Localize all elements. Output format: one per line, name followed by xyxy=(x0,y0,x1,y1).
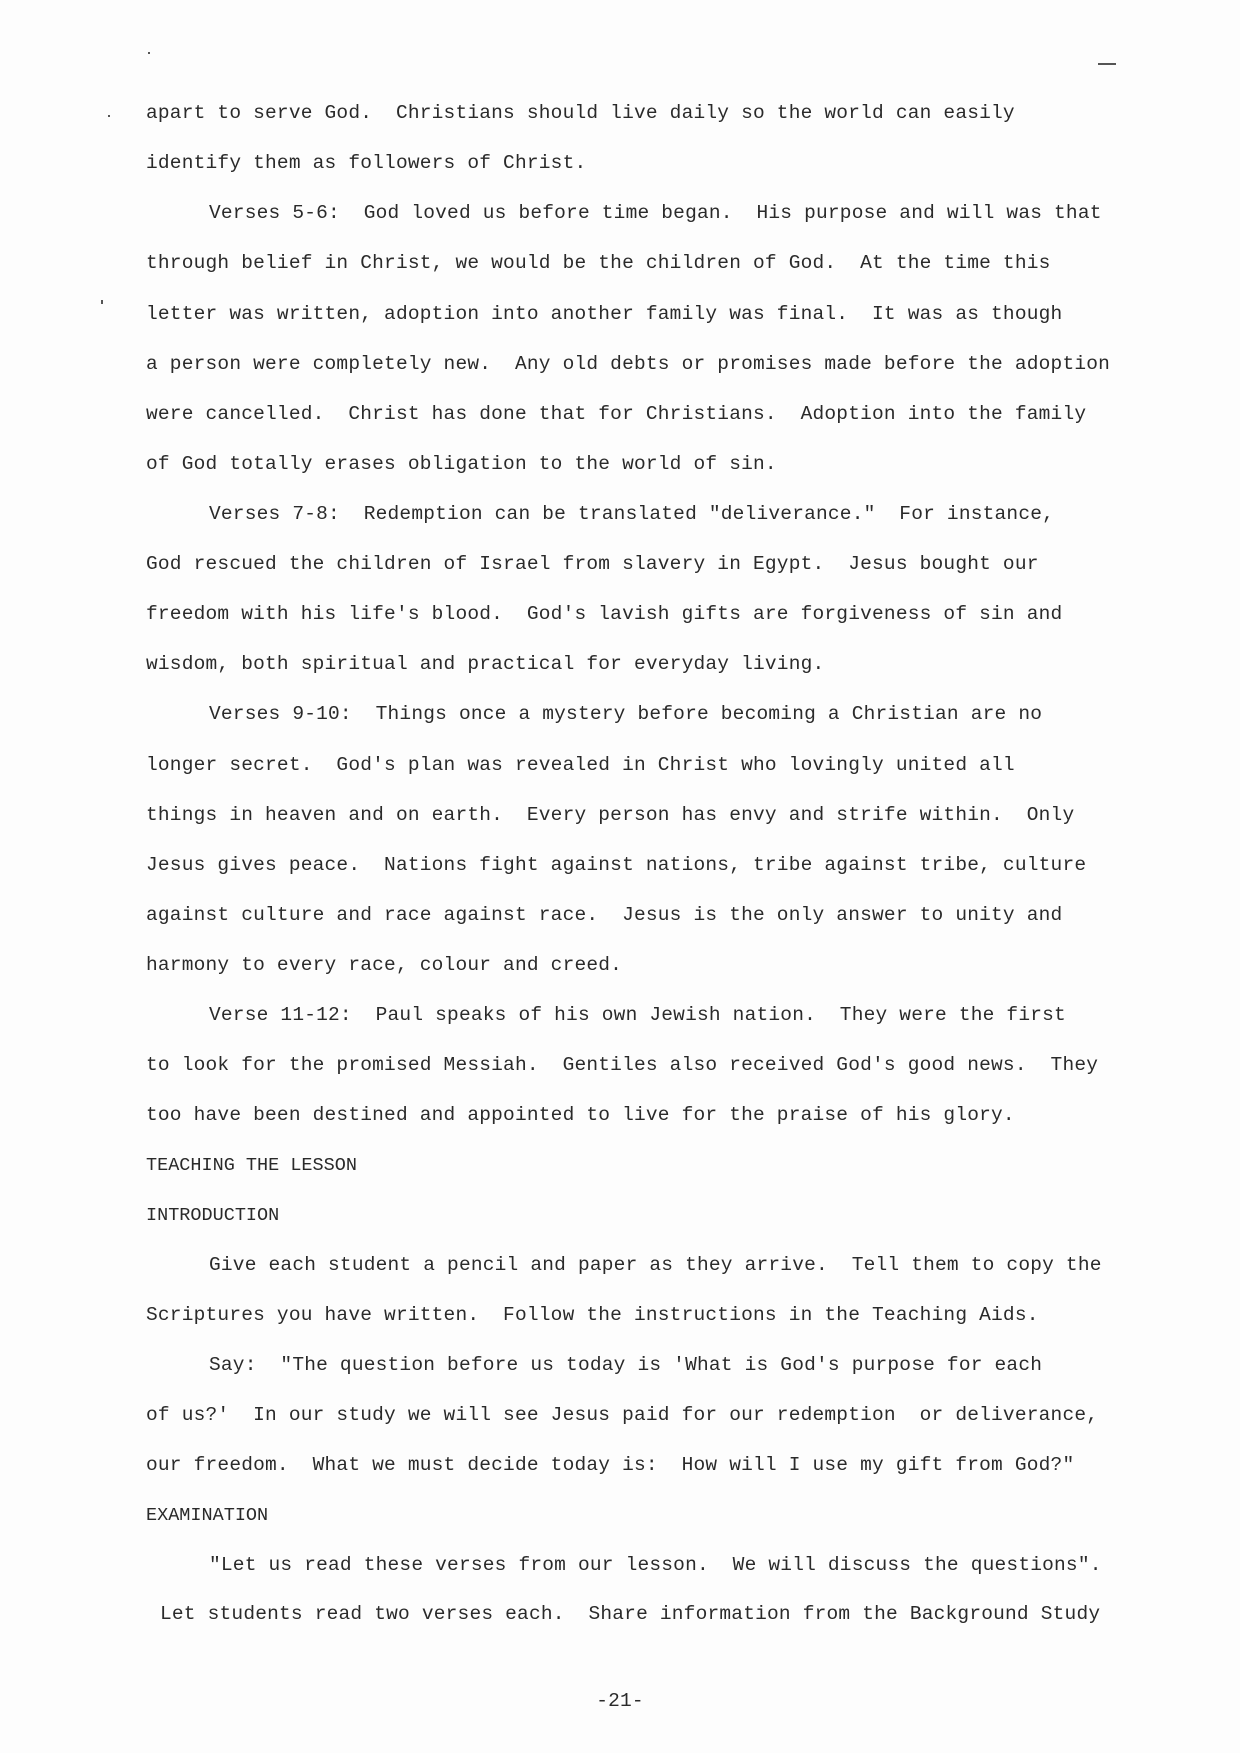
page-number: -21- xyxy=(0,1690,1240,1712)
text-line: letter was written, adoption into anothe… xyxy=(146,305,1062,325)
text-line: Verses 9-10: Things once a mystery befor… xyxy=(209,705,1042,725)
scan-speck xyxy=(148,52,150,54)
text-line: against culture and race against race. J… xyxy=(146,906,1062,926)
text-line: of us?' In our study we will see Jesus p… xyxy=(146,1406,1098,1426)
section-heading: EXAMINATION xyxy=(146,1507,268,1526)
text-line: too have been destined and appointed to … xyxy=(146,1106,1015,1126)
text-line: freedom with his life's blood. God's lav… xyxy=(146,605,1062,625)
text-line: things in heaven and on earth. Every per… xyxy=(146,806,1074,826)
text-line: Verse 11-12: Paul speaks of his own Jewi… xyxy=(209,1006,1066,1026)
text-line: "Let us read these verses from our lesso… xyxy=(209,1556,1102,1576)
text-line: apart to serve God. Christians should li… xyxy=(146,104,1015,124)
text-line: longer secret. God's plan was revealed i… xyxy=(146,756,1015,776)
text-line: wisdom, both spiritual and practical for… xyxy=(146,655,824,675)
text-line: God rescued the children of Israel from … xyxy=(146,555,1039,575)
text-line: of God totally erases obligation to the … xyxy=(146,455,777,475)
text-line: Verses 5-6: God loved us before time beg… xyxy=(209,204,1102,224)
text-line: were cancelled. Christ has done that for… xyxy=(146,405,1086,425)
text-line: our freedom. What we must decide today i… xyxy=(146,1456,1074,1476)
scan-speck xyxy=(101,300,103,304)
scan-speck xyxy=(1098,63,1116,65)
text-line: Say: "The question before us today is 'W… xyxy=(209,1356,1042,1376)
text-line: identify them as followers of Christ. xyxy=(146,154,586,174)
text-line: through belief in Christ, we would be th… xyxy=(146,254,1051,274)
text-line: Let students read two verses each. Share… xyxy=(160,1605,1100,1625)
text-line: to look for the promised Messiah. Gentil… xyxy=(146,1056,1098,1076)
text-line: Scriptures you have written. Follow the … xyxy=(146,1306,1039,1326)
text-line: harmony to every race, colour and creed. xyxy=(146,956,622,976)
text-line: Give each student a pencil and paper as … xyxy=(209,1256,1102,1276)
section-heading: TEACHING THE LESSON xyxy=(146,1157,357,1176)
text-line: a person were completely new. Any old de… xyxy=(146,355,1110,375)
section-heading: INTRODUCTION xyxy=(146,1207,279,1226)
text-line: Verses 7-8: Redemption can be translated… xyxy=(209,505,1054,525)
document-page: apart to serve God. Christians should li… xyxy=(0,0,1240,1753)
text-line: Jesus gives peace. Nations fight against… xyxy=(146,856,1086,876)
scan-speck xyxy=(108,115,110,117)
